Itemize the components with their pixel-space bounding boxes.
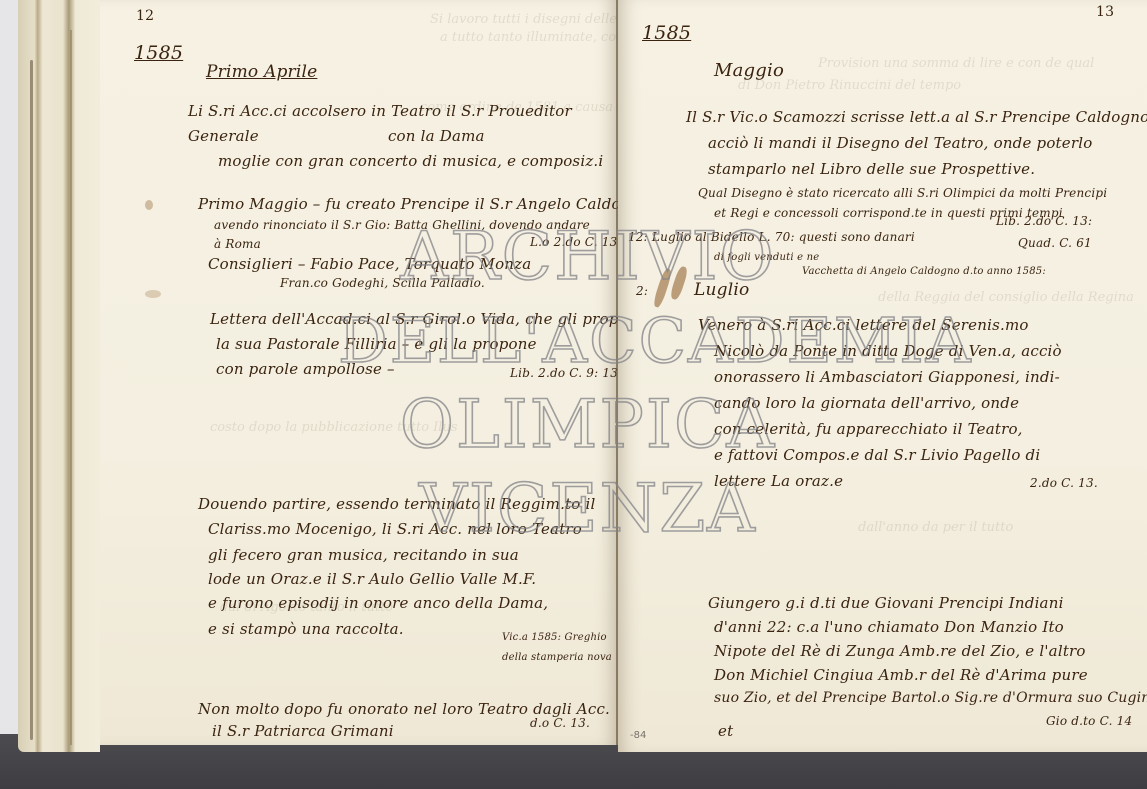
entry-line: Lettera dell'Accad.ci al S.r Girol.o Vid… xyxy=(210,310,647,328)
entry-line: acciò li mandi il Disegno del Teatro, on… xyxy=(708,134,1092,152)
entry-line: Primo Maggio – fu creato Prencipe il S.r… xyxy=(198,195,650,213)
entry-line: gli fecero gran musica, recitando in sua xyxy=(208,546,519,564)
entry-line: con celerità, fu apparecchiato il Teatro… xyxy=(714,420,1023,438)
entry-line: Nicolò da Ponte in ditta Doge di Ven.a, … xyxy=(714,342,1062,360)
reference-note: d.o C. 13. xyxy=(530,716,590,730)
reference-note: 2.do C. 13. xyxy=(1030,476,1098,490)
reference-note: Vic.a 1585: Greghio della stamperia nova xyxy=(502,628,612,668)
entry-line: Il S.r Vic.o Scamozzi scrisse lett.a al … xyxy=(686,108,1147,126)
ink-stain xyxy=(652,268,673,309)
right-page: Provision una somma di lire e con de qua… xyxy=(618,0,1147,752)
entry-line: Clariss.mo Mocenigo, li S.ri Acc. nel lo… xyxy=(208,520,582,538)
entry-line: onorassero li Ambasciatori Giapponesi, i… xyxy=(714,368,1060,386)
pencil-folio-mark: -84 xyxy=(630,730,646,741)
entry-line: con parole ampollose – xyxy=(216,360,395,378)
reference-note: Quad. C. 61 xyxy=(1018,236,1092,250)
ink-stain xyxy=(145,200,153,210)
entry-heading: Primo Aprile xyxy=(206,62,317,82)
entry-line: lode un Oraz.e il S.r Aulo Gellio Valle … xyxy=(208,570,536,588)
entry-line: il S.r Patriarca Grimani xyxy=(212,722,394,740)
entry-line: la sua Pastorale Filliria – e gli la pro… xyxy=(216,335,537,353)
reference-note: Lib. 2.do C. 9: 13. xyxy=(510,366,622,380)
year-left: 1585 xyxy=(134,42,183,64)
entry-line: Nipote del Rè di Zunga Amb.re del Zio, e… xyxy=(714,642,1086,660)
entry-line: stamparlo nel Libro delle sue Prospettiv… xyxy=(708,160,1035,178)
entry-prefix: 2: xyxy=(636,284,648,298)
entry-line: e fattovi Compos.e dal S.r Livio Pagello… xyxy=(714,446,1040,464)
entry-heading: Luglio xyxy=(694,280,749,300)
entry-line: suo Zio, et del Prencipe Bartol.o Sig.re… xyxy=(714,690,1147,706)
entry-line: à Roma xyxy=(214,237,261,251)
entry-line: d'anni 22: c.a l'uno chiamato Don Manzio… xyxy=(714,618,1064,636)
page-number-right: 13 xyxy=(1096,4,1114,20)
entry-line: Giungero g.i d.ti due Giovani Prencipi I… xyxy=(708,594,1064,612)
open-manuscript-book: Si lavoro tutti i disegni delle scene co… xyxy=(18,0,1147,760)
reference-note: L.o 2.do C. 13 xyxy=(530,235,617,249)
ink-stain xyxy=(669,265,689,300)
page-number-left: 12 xyxy=(136,8,154,24)
year-right: 1585 xyxy=(642,22,691,44)
entry-heading: Maggio xyxy=(714,60,784,81)
entry-line: lettere La oraz.e xyxy=(714,472,843,490)
entry-line: moglie con gran concerto di musica, e co… xyxy=(218,152,603,170)
entry-line: di fogli venduti e ne xyxy=(714,252,819,263)
source-note: Vacchetta di Angelo Caldogno d.to anno 1… xyxy=(802,266,1046,277)
entry-line: e si stampò una raccolta. xyxy=(208,620,404,638)
entry-line: Douendo partire, essendo terminato il Re… xyxy=(198,495,595,513)
entry-line: et xyxy=(718,722,733,740)
reference-note: Lib. 2.do C. 13: xyxy=(996,214,1092,228)
ink-stain xyxy=(145,290,161,298)
entry-line: 12: Luglio al Bidello L. 70: questi sono… xyxy=(628,230,915,244)
reference-note: Gio d.to C. 14 xyxy=(1046,714,1132,728)
entry-line: cando loro la giornata dell'arrivo, onde xyxy=(714,394,1019,412)
entry-line: Generale con la Dama xyxy=(188,127,485,145)
entry-line: Qual Disegno è stato ricercato alli S.ri… xyxy=(698,186,1107,200)
entry-line: Don Michiel Cingiua Amb.r del Rè d'Arima… xyxy=(714,666,1088,684)
entry-line: avendo rinonciato il S.r Gio: Batta Ghel… xyxy=(214,218,590,232)
entry-line: Venero à S.ri Acc.ci lettere del Serenis… xyxy=(698,316,1029,334)
left-page: Si lavoro tutti i disegni delle scene co… xyxy=(100,0,618,745)
entry-line: Consiglieri – Fabio Pace, Torquato Monza xyxy=(208,255,531,273)
entry-line: e furono episodij in onore anco della Da… xyxy=(208,594,548,612)
book-fore-edge xyxy=(18,0,100,752)
entry-line: Fran.co Godeghi, Scilla Palladio. xyxy=(280,276,485,290)
entry-line: Li S.ri Acc.ci accolsero in Teatro il S.… xyxy=(188,102,572,120)
